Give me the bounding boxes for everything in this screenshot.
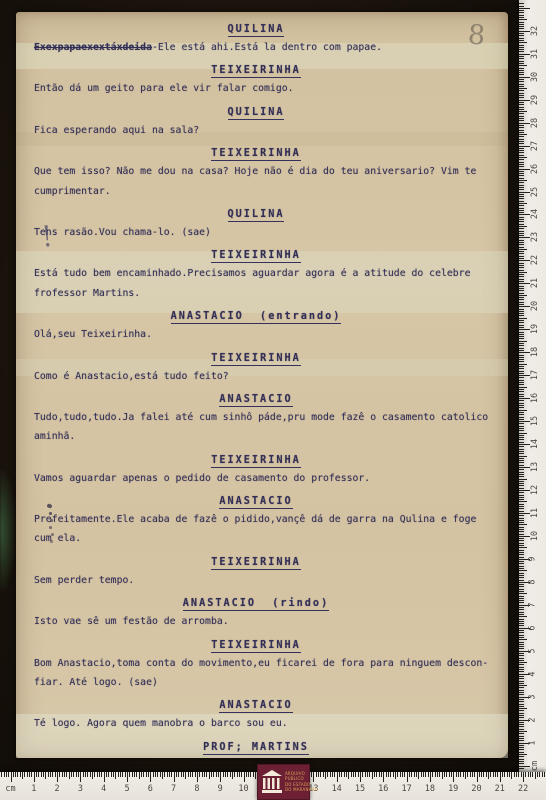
ruler-tick: [519, 219, 524, 220]
building-columns: [263, 778, 281, 789]
ruler-tick: [519, 325, 524, 326]
ruler-tick: [446, 772, 447, 777]
ruler-tick: [519, 180, 527, 181]
ruler-tick: [519, 100, 530, 101]
ruler-tick: [358, 772, 359, 777]
archive-stamp: ARQUIVOPÚBLICODO ESTADODO MARANHÃO: [257, 764, 310, 800]
ruler-tick: [519, 240, 524, 241]
ruler-tick: [519, 306, 530, 307]
ruler-tick: [234, 772, 235, 777]
ruler-tick: [519, 364, 527, 365]
ruler-label: 18: [530, 347, 540, 357]
ruler-label: 20: [471, 784, 481, 794]
ruler-tick: [519, 685, 527, 686]
ruler-tick: [519, 598, 524, 599]
ruler-tick: [519, 357, 524, 358]
ruler-tick: [519, 687, 524, 688]
ruler-tick: [519, 591, 524, 592]
ruler-tick: [519, 329, 530, 330]
ruler-tick: [519, 136, 524, 137]
ruler-label: 6: [528, 625, 538, 630]
ruler-tick: [519, 522, 524, 523]
ruler-tick: [519, 417, 524, 418]
ruler-tick: [519, 150, 524, 151]
ruler-tick: [178, 772, 179, 777]
ruler-tick: [437, 772, 438, 777]
ruler-tick: [519, 433, 527, 434]
ruler-tick: [519, 380, 524, 381]
ruler-tick: [519, 437, 524, 438]
ruler-tick: [519, 212, 524, 213]
ruler-tick: [519, 210, 524, 211]
ruler-tick: [41, 772, 42, 777]
ruler-tick: [519, 132, 524, 133]
ruler-tick: [519, 95, 524, 96]
ruler-tick: [525, 772, 526, 777]
dialogue-line: Té logo. Agora quem manobra o barco sou …: [34, 714, 478, 733]
ruler-tick: [62, 772, 63, 777]
ruler-tick: [519, 460, 524, 461]
ruler-tick: [519, 233, 524, 234]
ruler-label: 18: [425, 784, 435, 794]
ruler-tick: [320, 772, 321, 777]
dialogue-line: Tudo,tudo,tudo.Ja falei até cum sinhô pá…: [34, 408, 478, 427]
ruler-tick: [334, 772, 335, 777]
ruler-tick: [153, 772, 154, 777]
ruler-tick: [78, 772, 79, 777]
ruler-tick: [519, 93, 524, 94]
ruler-tick: [519, 313, 524, 314]
ruler-tick: [519, 45, 524, 46]
ruler-tick: [519, 609, 524, 610]
ruler-tick: [519, 70, 524, 71]
ruler-tick: [176, 772, 177, 777]
ruler-tick: [519, 109, 524, 110]
ruler-tick: [118, 772, 119, 777]
ruler-tick: [519, 529, 524, 530]
ruler-tick: [519, 754, 527, 755]
ruler-tick: [519, 678, 524, 679]
ruler-tick: [519, 35, 524, 36]
ruler-label: 14: [332, 784, 342, 794]
ruler-tick: [318, 772, 319, 777]
ruler-tick: [481, 772, 482, 777]
dialogue-line: Está tudo bem encaminhado.Precisamos agu…: [34, 264, 478, 283]
ruler-tick: [428, 772, 429, 777]
dialogue-line: Como é Anastacio,está tudo feito?: [34, 367, 478, 386]
ruler-tick: [519, 485, 524, 486]
ruler-tick: [523, 772, 524, 782]
ruler-label: 10: [238, 784, 248, 794]
ruler-tick: [220, 772, 221, 782]
ruler-tick: [4, 772, 5, 777]
ruler-tick: [453, 772, 454, 782]
ruler-tick: [519, 653, 524, 654]
ruler-tick: [519, 205, 524, 206]
ruler-tick: [519, 288, 524, 289]
ruler-label: 4: [101, 784, 106, 794]
ruler-tick: [479, 772, 480, 777]
ruler-tick: [519, 430, 524, 431]
ruler-tick: [519, 283, 530, 284]
building-icon: [262, 770, 282, 794]
ruler-tick: [519, 442, 524, 443]
ruler-tick: [449, 772, 450, 777]
ruler-tick: [519, 162, 524, 163]
ruler-tick: [519, 345, 524, 346]
ruler-tick: [519, 15, 524, 16]
ruler-tick: [146, 772, 147, 777]
ruler-tick: [519, 483, 524, 484]
ruler-tick: [519, 575, 524, 576]
ruler-tick: [519, 458, 524, 459]
ruler-tick: [519, 644, 524, 645]
ruler-tick: [127, 772, 128, 782]
ruler-tick: [69, 772, 70, 779]
ruler-tick: [519, 6, 524, 7]
ruler-tick: [519, 451, 524, 452]
character-heading: TEIXEIRINHA: [211, 556, 300, 570]
building-pediment: [262, 770, 282, 776]
dialogue-line: Então dá um geito para ele vir falar com…: [34, 79, 478, 98]
ruler-tick: [519, 577, 524, 578]
ruler-tick: [374, 772, 375, 777]
ruler-tick: [519, 226, 527, 227]
ruler-tick: [519, 251, 524, 252]
ruler-tick: [519, 143, 524, 144]
ruler-tick: [80, 772, 81, 782]
ruler-tick: [519, 382, 524, 383]
ruler-tick: [519, 756, 524, 757]
ruler-tick: [519, 178, 524, 179]
ruler-tick: [213, 772, 214, 777]
ruler-tick: [519, 366, 524, 367]
ruler-tick: [519, 368, 524, 369]
ruler-tick: [519, 139, 524, 140]
character-heading-row: ANASTACIO: [34, 386, 478, 408]
ruler-tick: [519, 47, 524, 48]
dialogue-line: cum ela.: [34, 529, 478, 548]
ruler-label: 3: [78, 784, 83, 794]
ruler-tick: [519, 74, 524, 75]
ruler-tick: [418, 772, 419, 779]
ruler-tick: [519, 586, 524, 587]
ruler-tick: [519, 375, 530, 376]
ruler-tick: [519, 614, 524, 615]
ruler-tick: [129, 772, 130, 777]
ruler-tick: [519, 499, 524, 500]
character-heading: ANASTACIO: [219, 393, 292, 407]
ruler-tick: [185, 772, 186, 779]
ruler-tick: [397, 772, 398, 777]
ruler-tick: [519, 676, 524, 677]
ruler-tick: [192, 772, 193, 777]
ruler-tick: [519, 272, 527, 273]
ruler-tick: [519, 61, 524, 62]
ruler-tick: [519, 56, 524, 57]
ruler-tick: [507, 772, 508, 777]
ruler-tick: [519, 534, 524, 535]
ruler-tick: [532, 772, 533, 777]
ruler-tick: [31, 772, 32, 777]
dialogue-line: Fica esperando aqui na sala?: [34, 121, 478, 140]
ruler-tick: [519, 152, 524, 153]
dialogue-line: Exexpapaexextáxdeida-Ele está ahi.Está l…: [34, 38, 478, 57]
ruler-label: 1: [528, 740, 538, 745]
character-heading: TEIXEIRINHA: [211, 147, 300, 161]
ruler-tick: [519, 12, 524, 13]
ruler-tick: [246, 772, 247, 777]
ruler-tick: [519, 63, 524, 64]
ruler-tick: [223, 772, 224, 777]
ruler-tick: [519, 630, 524, 631]
ruler-tick: [141, 772, 142, 777]
ruler-tick: [519, 373, 524, 374]
ruler-tick: [519, 24, 524, 25]
ruler-tick: [34, 772, 35, 782]
ruler-tick: [157, 772, 158, 777]
ruler-tick: [323, 772, 324, 777]
ruler-tick: [519, 497, 524, 498]
ruler-tick: [519, 561, 524, 562]
ruler-tick: [519, 506, 524, 507]
ruler-tick: [48, 772, 49, 777]
ruler-tick: [164, 772, 165, 777]
ruler-tick: [519, 531, 524, 532]
ruler-tick: [432, 772, 433, 777]
ruler-tick: [519, 297, 524, 298]
dialogue-line: aminhã.: [34, 427, 478, 446]
ruler-tick: [519, 540, 524, 541]
ruler-tick: [519, 752, 524, 753]
ruler-tick: [519, 568, 524, 569]
ruler-tick: [17, 772, 18, 777]
ruler-tick: [45, 772, 46, 779]
dialogue-line: Tens rasão.Vou chama-lo. (sae): [34, 223, 478, 242]
ruler-label: 21: [495, 784, 505, 794]
ruler-tick: [369, 772, 370, 777]
ruler-tick: [11, 772, 12, 782]
ruler-label: 3: [528, 694, 538, 699]
ruler-tick: [519, 508, 524, 509]
ruler-tick: [211, 772, 212, 777]
ruler-tick: [519, 738, 524, 739]
ruler-tick: [519, 173, 524, 174]
ruler-tick: [148, 772, 149, 777]
ruler-tick: [416, 772, 417, 777]
ruler-tick: [519, 683, 524, 684]
ruler-tick: [519, 141, 524, 142]
ruler-tick: [395, 772, 396, 779]
ruler-tick: [27, 772, 28, 777]
ruler-tick: [237, 772, 238, 777]
ruler-tick: [519, 550, 524, 551]
ruler-tick: [519, 694, 524, 695]
ruler-tick: [519, 118, 524, 119]
ruler-tick: [519, 492, 524, 493]
ruler-tick: [519, 706, 524, 707]
ruler-tick: [519, 520, 524, 521]
ruler-tick: [519, 513, 530, 514]
ruler-tick: [490, 772, 491, 777]
ruler-tick: [519, 616, 527, 617]
ruler-tick: [519, 435, 524, 436]
ruler-tick: [519, 196, 524, 197]
ruler-tick: [195, 772, 196, 777]
ruler-label: 7: [528, 602, 538, 607]
ruler-tick: [519, 573, 524, 574]
ruler-tick: [519, 355, 524, 356]
ruler-tick: [519, 65, 527, 66]
character-heading: TEIXEIRINHA: [211, 454, 300, 468]
ruler-label: 9: [218, 784, 223, 794]
ruler-tick: [519, 134, 527, 135]
ruler-tick: [519, 648, 524, 649]
ruler-label: 22: [530, 255, 540, 265]
ruler-tick: [502, 772, 503, 777]
character-heading-row: ANASTACIO: [34, 692, 478, 714]
ruler-tick: [519, 332, 524, 333]
ruler-tick: [143, 772, 144, 777]
ruler-tick: [519, 600, 524, 601]
ruler-tick: [353, 772, 354, 777]
dialogue-line: Prefeitamente.Ele acaba de fazê o pidido…: [34, 510, 478, 529]
ruler-tick: [8, 772, 9, 777]
ruler-label: 11: [530, 508, 540, 518]
background-green-object: [0, 470, 15, 590]
ruler-tick: [313, 772, 314, 782]
ruler-tick: [519, 722, 524, 723]
ruler-tick: [519, 214, 530, 215]
ruler-tick: [519, 398, 530, 399]
ruler-tick: [519, 635, 524, 636]
ruler-tick: [519, 361, 524, 362]
character-heading: ANASTACIO: [219, 495, 292, 509]
ruler-tick: [519, 589, 524, 590]
ruler-tick: [519, 476, 524, 477]
ruler-tick: [519, 123, 530, 124]
ruler-tick: [519, 681, 524, 682]
ruler-tick: [519, 394, 524, 395]
dialogue-line: fiar. Até logo. (sae): [34, 673, 478, 692]
ruler-tick: [519, 554, 524, 555]
ruler-tick: [519, 607, 524, 608]
ruler-tick: [425, 772, 426, 777]
ruler-tick: [519, 704, 524, 705]
ruler-tick: [55, 772, 56, 777]
ruler-label: 15: [355, 784, 365, 794]
ruler-tick: [519, 715, 524, 716]
ruler-tick: [519, 274, 524, 275]
ruler-tick: [188, 772, 189, 777]
ruler-tick: [519, 318, 527, 319]
ruler-tick: [519, 547, 527, 548]
ruler-tick: [519, 736, 524, 737]
ruler-tick: [519, 113, 524, 114]
ruler-tick: [337, 772, 338, 782]
ruler-tick: [106, 772, 107, 777]
ruler-tick: [493, 772, 494, 777]
ruler-tick: [519, 192, 530, 193]
ruler-tick: [232, 772, 233, 779]
ruler-tick: [76, 772, 77, 777]
character-heading: QUILINA: [228, 23, 285, 37]
ruler-tick: [519, 242, 524, 243]
character-heading-row: QUILINA: [34, 16, 478, 38]
ruler-tick: [519, 515, 524, 516]
ruler-tick: [519, 731, 527, 732]
ruler-label: 19: [530, 324, 540, 334]
ruler-tick: [519, 524, 527, 525]
ruler-tick: [519, 481, 524, 482]
ruler-label: 25: [530, 186, 540, 196]
ruler-label: 30: [530, 72, 540, 82]
ruler-tick: [519, 166, 524, 167]
ruler-tick: [519, 72, 524, 73]
ruler-tick: [535, 772, 536, 779]
ruler-tick: [519, 256, 524, 257]
dialogue-line: Bom Anastacio,toma conta do movimento,eu…: [34, 654, 478, 673]
ruler-tick: [404, 772, 405, 777]
ruler-tick: [519, 185, 524, 186]
ruler-tick: [519, 327, 524, 328]
ruler-tick: [519, 414, 524, 415]
dialogue-line: Vamos aguardar apenas o pedido de casame…: [34, 469, 478, 488]
ruler-tick: [519, 33, 524, 34]
ruler-tick: [470, 772, 471, 777]
ruler-tick: [113, 772, 114, 777]
ruler-tick: [519, 125, 524, 126]
ruler-tick: [511, 772, 512, 779]
ruler-tick: [519, 749, 524, 750]
ruler-tick: [519, 563, 524, 564]
ruler-tick: [456, 772, 457, 777]
ruler-tick: [132, 772, 133, 777]
ruler-label: 27: [530, 140, 540, 150]
ruler-tick: [519, 84, 524, 85]
ruler-tick: [325, 772, 326, 779]
ruler-tick: [519, 389, 524, 390]
ruler-tick: [519, 623, 524, 624]
ruler-tick: [519, 552, 524, 553]
ruler-tick: [519, 148, 524, 149]
character-heading: TEIXEIRINHA: [211, 64, 300, 78]
ruler-tick: [388, 772, 389, 777]
ruler-tick: [174, 772, 175, 782]
scanned-document-photo: QUILINAExexpapaexextáxdeida-Ele está ahi…: [0, 0, 546, 800]
ruler-tick: [519, 518, 524, 519]
ruler-tick: [463, 772, 464, 777]
ruler-tick: [519, 286, 524, 287]
character-heading-row: TEIXEIRINHA: [34, 632, 478, 654]
ruler-tick: [519, 421, 530, 422]
ruler-tick: [514, 772, 515, 777]
ruler-label: 5: [528, 648, 538, 653]
ruler-tick: [108, 772, 109, 777]
ruler-tick: [29, 772, 30, 777]
ruler-tick: [197, 772, 198, 782]
ruler-tick: [519, 146, 530, 147]
character-heading-row: ANASTACIO: [34, 488, 478, 510]
ruler-tick: [407, 772, 408, 782]
ruler-tick: [519, 68, 524, 69]
ruler-tick: [519, 403, 524, 404]
ruler-tick: [90, 772, 91, 777]
ruler-tick: [519, 40, 524, 41]
ruler-label: 22: [518, 784, 528, 794]
ruler-tick: [125, 772, 126, 777]
ruler-tick: [519, 384, 524, 385]
